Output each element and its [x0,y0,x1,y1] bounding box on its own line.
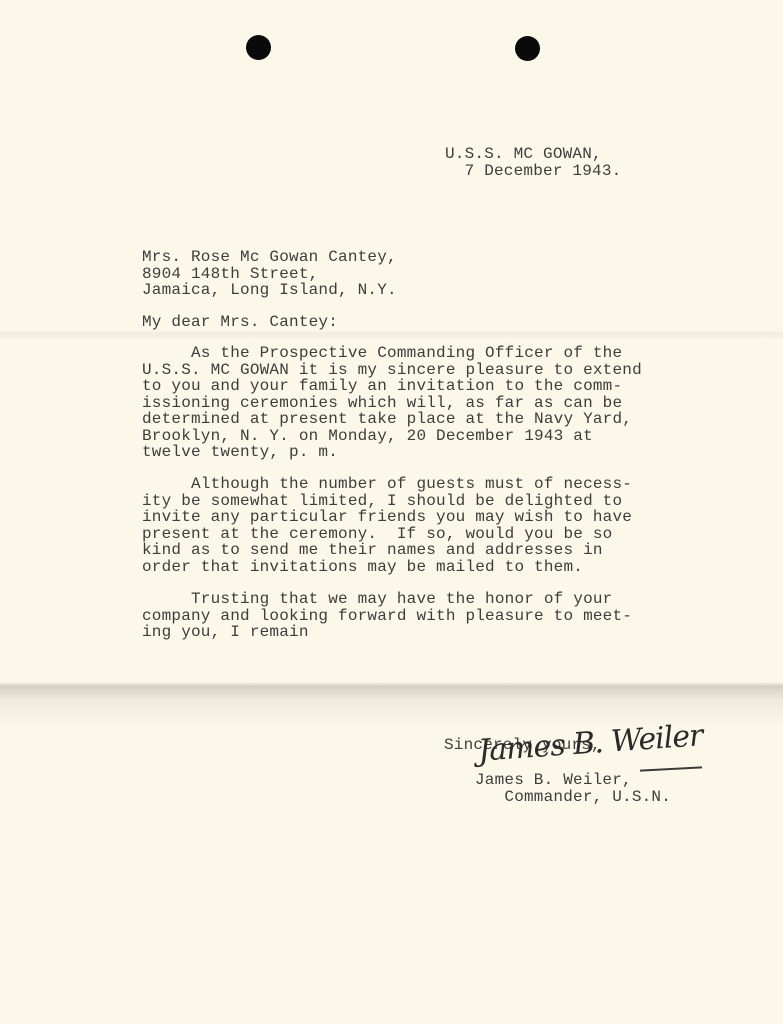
paragraph-line: twelve twenty, p. m. [142,444,642,461]
handwritten-signature: James B. Weiler [477,718,703,769]
paragraph-line: ing you, I remain [142,624,632,641]
paragraph-line: ity be somewhat limited, I should be del… [142,493,632,510]
paragraph-invitation: As the Prospective Commanding Officer of… [142,345,642,461]
paragraph-line: to you and your family an invitation to … [142,378,642,395]
paragraph-guests: Although the number of guests must of ne… [142,476,632,575]
paragraph-closing: Trusting that we may have the honor of y… [142,591,632,641]
address-line: Jamaica, Long Island, N.Y. [142,282,397,299]
paragraph-line: U.S.S. MC GOWAN it is my sincere pleasur… [142,362,642,379]
address-line: Mrs. Rose Mc Gowan Cantey, [142,249,397,266]
paragraph-line: present at the ceremony. If so, would yo… [142,526,632,543]
signer-name: James B. Weiler, [475,772,671,789]
heading-ship: U.S.S. MC GOWAN, [445,146,621,163]
signer-title: Commander, U.S.N. [475,789,671,806]
address-line: 8904 148th Street, [142,266,397,283]
paragraph-line: issioning ceremonies which will, as far … [142,395,642,412]
letter-page: U.S.S. MC GOWAN, 7 December 1943. Mrs. R… [0,0,783,1024]
salutation: My dear Mrs. Cantey: [142,314,338,331]
paragraph-line: company and looking forward with pleasur… [142,608,632,625]
paragraph-line: determined at present take place at the … [142,411,642,428]
signature-flourish [640,766,702,771]
heading-date: 7 December 1943. [445,163,621,180]
paragraph-line: As the Prospective Commanding Officer of… [142,345,642,362]
punch-hole-left [246,35,271,60]
paragraph-line: kind as to send me their names and addre… [142,542,632,559]
recipient-address: Mrs. Rose Mc Gowan Cantey,8904 148th Str… [142,249,397,299]
paragraph-line: Trusting that we may have the honor of y… [142,591,632,608]
punch-hole-right [515,36,540,61]
paragraph-line: Brooklyn, N. Y. on Monday, 20 December 1… [142,428,642,445]
letter-heading: U.S.S. MC GOWAN, 7 December 1943. [445,146,621,179]
paragraph-line: Although the number of guests must of ne… [142,476,632,493]
signer-block: James B. Weiler, Commander, U.S.N. [475,772,671,805]
paragraph-line: order that invitations may be mailed to … [142,559,632,576]
paragraph-line: invite any particular friends you may wi… [142,509,632,526]
